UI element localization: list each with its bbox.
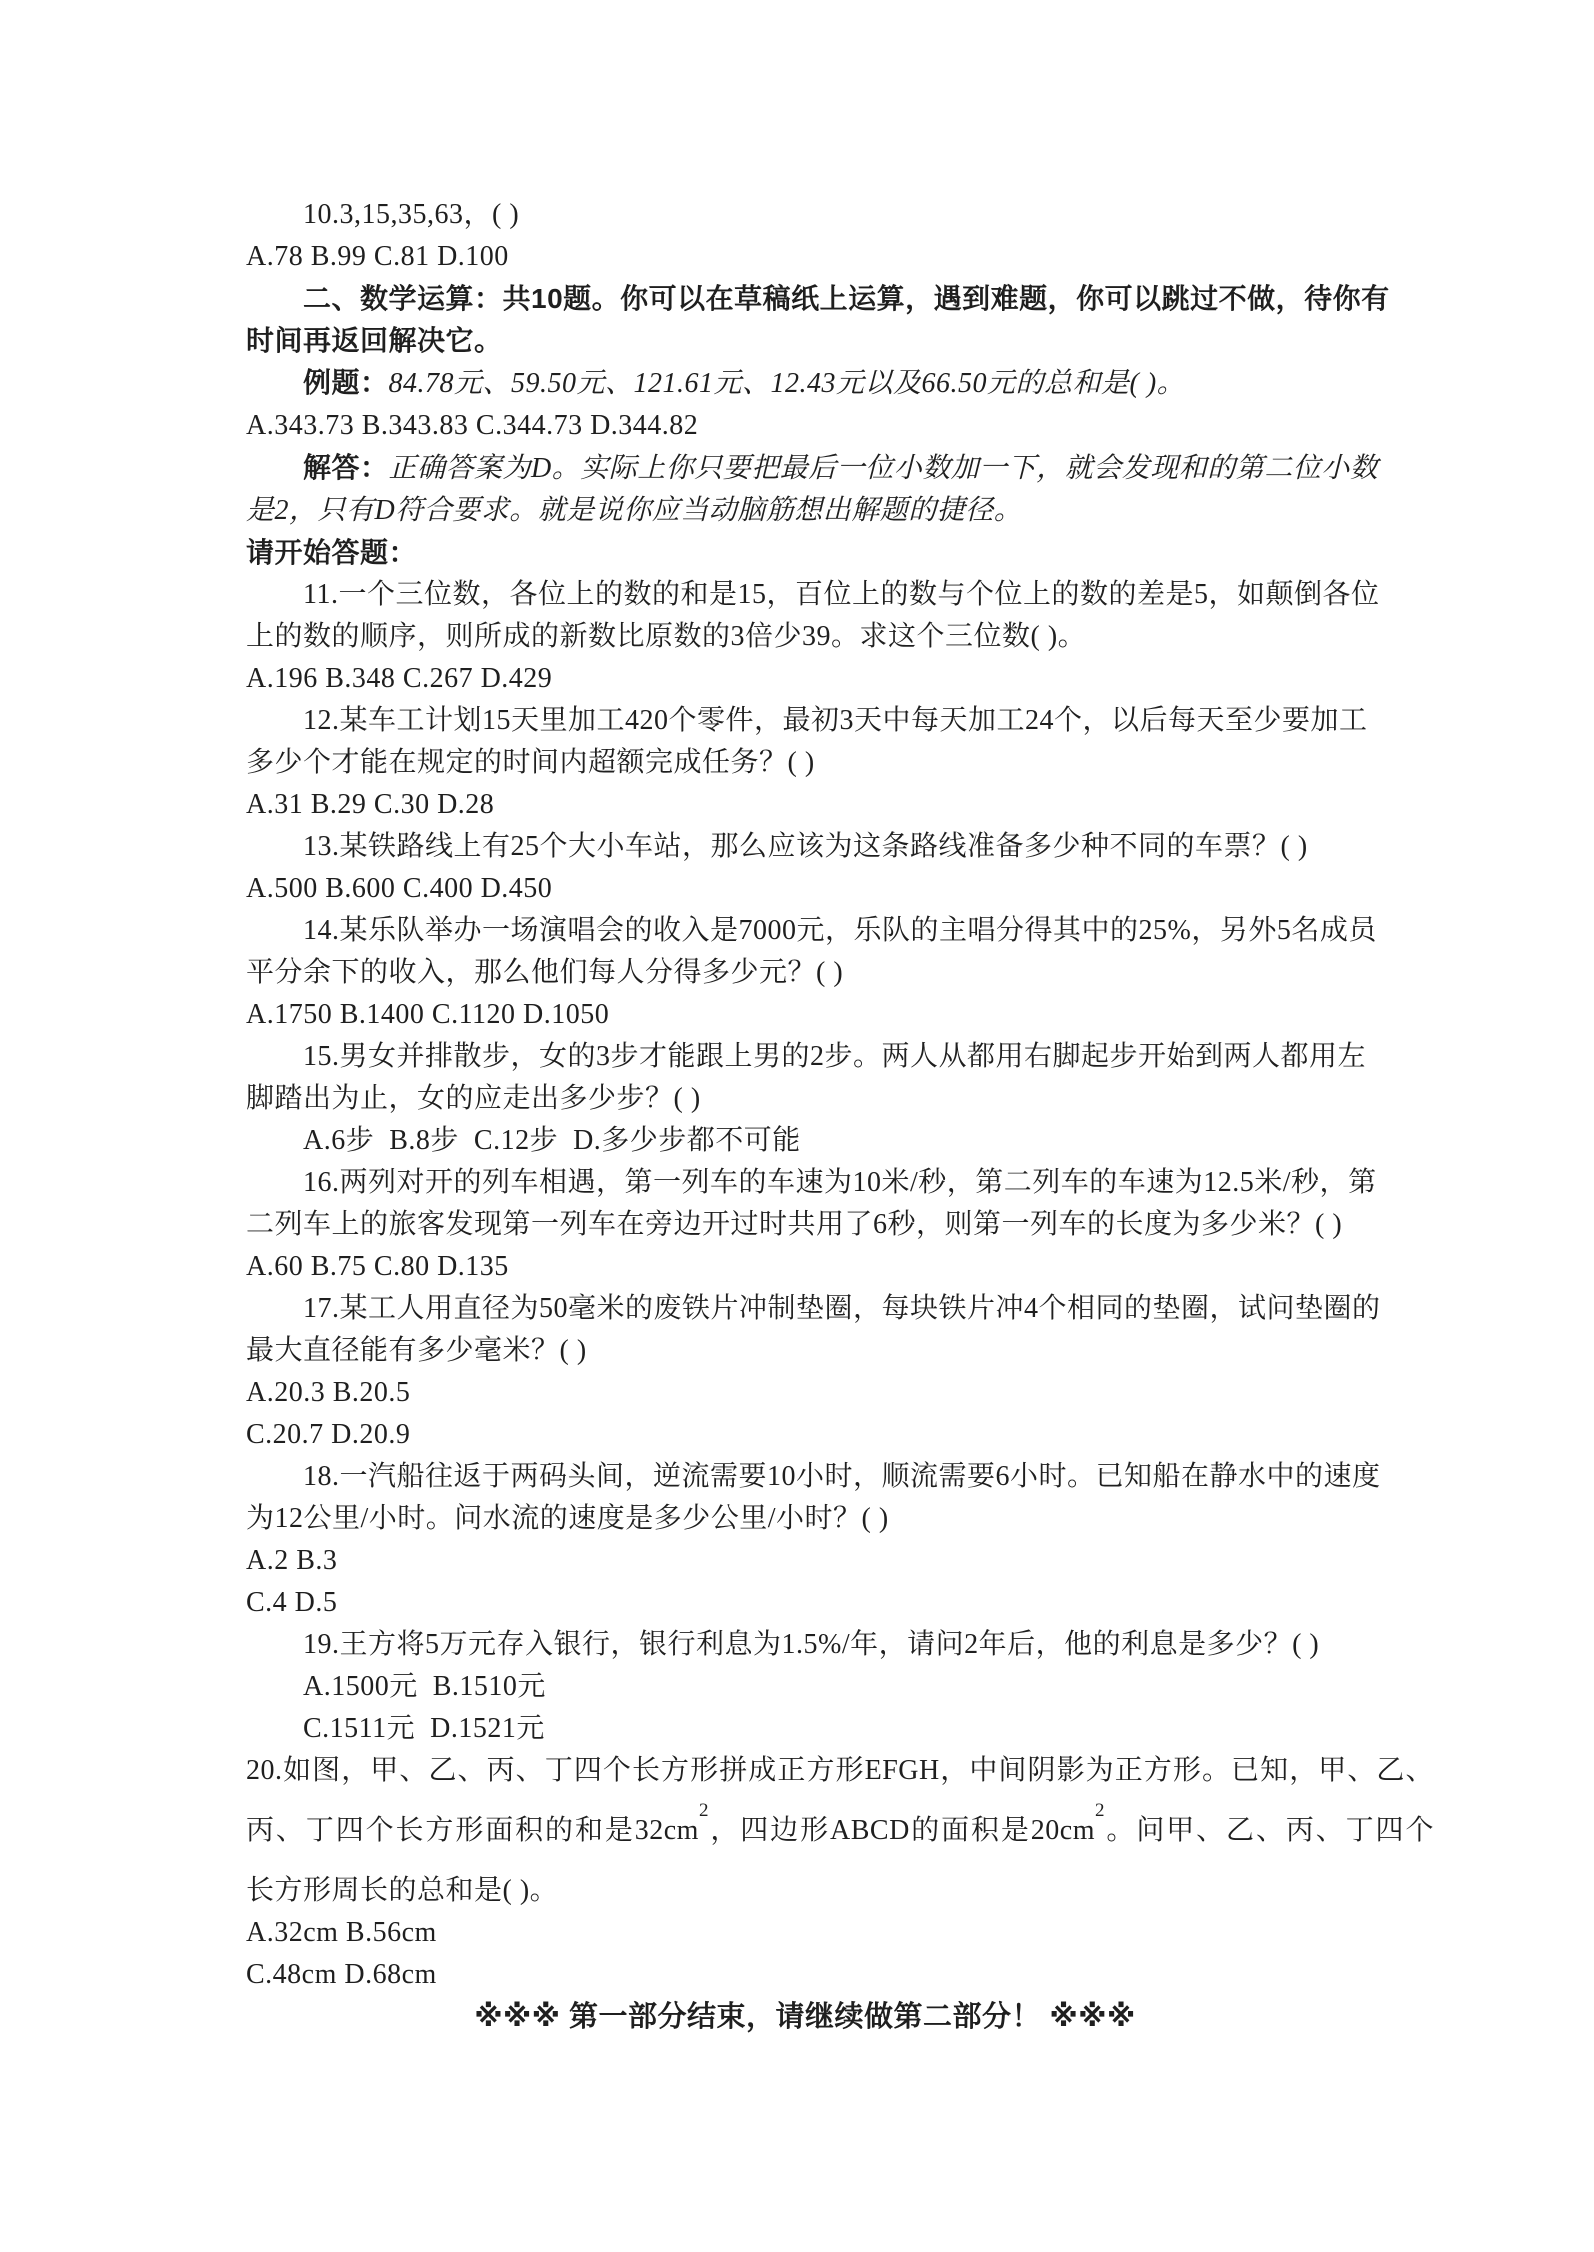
text-segment: 13.某铁路线上有25个大小车站，那么应该为这条路线准备多少种不同的车票？( ) [303, 831, 1308, 862]
question-17-options-cd: C.20.7 D.20.9 [246, 1414, 1434, 1456]
text-segment: 84.78元、59.50元、121.61元、12.43元以及66.50元的总和是… [389, 368, 1186, 399]
question-11-line-2: 上的数的顺序，则所成的新数比原数的3倍少39。求这个三位数( )。 [246, 616, 1434, 658]
question-17-line-2: 最大直径能有多少毫米？( ) [246, 1330, 1434, 1372]
question-19-body: 19.王方将5万元存入银行，银行利息为1.5%/年，请问2年后，他的利息是多少？… [246, 1624, 1434, 1666]
text-segment: 12.某车工计划15天里加工420个零件，最初3天中每天加工24个，以后每天至少… [303, 705, 1368, 736]
text-segment: A.500 B.600 C.400 D.450 [246, 873, 552, 904]
text-segment: 15.男女并排散步，女的3步才能跟上男的2步。两人从都用右脚起步开始到两人都用左 [303, 1041, 1366, 1072]
text-segment: 请开始答题： [246, 537, 417, 568]
question-13-options: A.500 B.600 C.400 D.450 [246, 868, 1434, 910]
example-label: 例题： [303, 367, 389, 398]
text-segment: A.6步 B.8步 C.12步 D.多少步都不可能 [303, 1125, 801, 1156]
question-12-options: A.31 B.29 C.30 D.28 [246, 784, 1434, 826]
text-segment: A.1500元 B.1510元 [303, 1671, 546, 1702]
question-14-line-2: 平分余下的收入，那么他们每人分得多少元？( ) [246, 952, 1434, 994]
question-16-options: A.60 B.75 C.80 D.135 [246, 1246, 1434, 1288]
text-segment: 16.两列对开的列车相遇，第一列车的车速为10米/秒，第二列车的车速为12.5米… [303, 1167, 1377, 1198]
text-segment: ，四边形ABCD的面积是20cm [709, 1815, 1095, 1846]
question-12-line-2: 多少个才能在规定的时间内超额完成任务？( ) [246, 742, 1434, 784]
text-segment: A.31 B.29 C.30 D.28 [246, 789, 494, 820]
text-segment: A.196 B.348 C.267 D.429 [246, 663, 552, 694]
section-2-heading-line-1: 二、数学运算：共10题。你可以在草稿纸上运算，遇到难题，你可以跳过不做，待你有 [246, 278, 1434, 320]
text-segment: A.343.73 B.343.83 C.344.73 D.344.82 [246, 410, 698, 441]
text-segment: A.60 B.75 C.80 D.135 [246, 1251, 509, 1282]
text-segment: C.4 D.5 [246, 1587, 337, 1618]
question-10-body: 10.3,15,35,63，( ) [246, 194, 1434, 236]
question-20-line-1: 20.如图，甲、乙、丙、丁四个长方形拼成正方形EFGH，中间阴影为正方形。已知，… [246, 1750, 1434, 1792]
question-19-options-cd: C.1511元 D.1521元 [246, 1708, 1434, 1750]
question-20-line-2: 丙、丁四个长方形面积的和是32cm2，四边形ABCD的面积是20cm2。问甲、乙… [246, 1810, 1434, 1852]
question-18-options-cd: C.4 D.5 [246, 1582, 1434, 1624]
question-14-line-1: 14.某乐队举办一场演唱会的收入是7000元，乐队的主唱分得其中的25%，另外5… [246, 910, 1434, 952]
question-19-options-ab: A.1500元 B.1510元 [246, 1666, 1434, 1708]
part-end-notice: ※※※ 第一部分结束，请继续做第二部分！ ※※※ [211, 1996, 1399, 2038]
question-17-line-1: 17.某工人用直径为50毫米的废铁片冲制垫圈，每块铁片冲4个相同的垫圈，试问垫圈… [246, 1288, 1434, 1330]
text-segment: 长方形周长的总和是( )。 [246, 1875, 558, 1906]
example-answer-line-1: 解答：正确答案为D。实际上你只要把最后一位小数加一下，就会发现和的第二位小数 [246, 447, 1434, 490]
section-2-heading-line-2: 时间再返回解决它。 [246, 320, 1434, 362]
text-segment: A.2 B.3 [246, 1545, 337, 1576]
text-segment: 11.一个三位数，各位上的数的和是15，百位上的数与个位上的数的差是5，如颠倒各… [303, 579, 1379, 610]
question-18-line-1: 18.一汽船往返于两码头间，逆流需要10小时，顺流需要6小时。已知船在静水中的速… [246, 1456, 1434, 1498]
question-15-options: A.6步 B.8步 C.12步 D.多少步都不可能 [246, 1120, 1434, 1162]
text-segment: A.20.3 B.20.5 [246, 1377, 410, 1408]
text-segment: C.48cm D.68cm [246, 1959, 437, 1990]
superscript-2: 2 [1095, 1800, 1105, 1821]
text-segment: 二、数学运算：共10题。你可以在草稿纸上运算，遇到难题，你可以跳过不做，待你有 [303, 283, 1390, 314]
text-segment: 多少个才能在规定的时间内超额完成任务？( ) [246, 747, 815, 778]
question-20-options-ab: A.32cm B.56cm [246, 1912, 1434, 1954]
text-segment: 。问甲、乙、丙、丁四个 [1105, 1815, 1434, 1846]
text-segment: 正确答案为D。实际上你只要把最后一位小数加一下，就会发现和的第二位小数 [389, 453, 1379, 484]
text-segment: C.20.7 D.20.9 [246, 1419, 410, 1450]
question-17-options-ab: A.20.3 B.20.5 [246, 1372, 1434, 1414]
example-question: 例题：84.78元、59.50元、121.61元、12.43元以及66.50元的… [246, 362, 1434, 405]
question-10-options: A.78 B.99 C.81 D.100 [246, 236, 1434, 278]
text-segment: 20.如图，甲、乙、丙、丁四个长方形拼成正方形EFGH，中间阴影为正方形。已知，… [246, 1755, 1434, 1786]
text-segment: 上的数的顺序，则所成的新数比原数的3倍少39。求这个三位数( )。 [246, 621, 1086, 652]
document-page: 10.3,15,35,63，( )A.78 B.99 C.81 D.100二、数… [0, 0, 1594, 2252]
question-18-options-ab: A.2 B.3 [246, 1540, 1434, 1582]
text-segment: 丙、丁四个长方形面积的和是32cm [246, 1815, 699, 1846]
question-20-line-3: 长方形周长的总和是( )。 [246, 1870, 1434, 1912]
text-segment: C.1511元 D.1521元 [303, 1713, 545, 1744]
text-segment: 是2，只有D符合要求。就是说你应当动脑筋想出解题的捷径。 [246, 495, 1022, 526]
question-15-line-2: 脚踏出为止，女的应走出多少步？( ) [246, 1078, 1434, 1120]
text-segment: 最大直径能有多少毫米？( ) [246, 1335, 587, 1366]
answer-label: 解答： [303, 452, 389, 483]
text-segment: 14.某乐队举办一场演唱会的收入是7000元，乐队的主唱分得其中的25%，另外5… [303, 915, 1377, 946]
text-segment: 平分余下的收入，那么他们每人分得多少元？( ) [246, 957, 843, 988]
example-options: A.343.73 B.343.83 C.344.73 D.344.82 [246, 405, 1434, 447]
text-segment: 二列车上的旅客发现第一列车在旁边开过时共用了6秒，则第一列车的长度为多少米？( … [246, 1209, 1342, 1240]
question-14-options: A.1750 B.1400 C.1120 D.1050 [246, 994, 1434, 1036]
question-16-line-1: 16.两列对开的列车相遇，第一列车的车速为10米/秒，第二列车的车速为12.5米… [246, 1162, 1434, 1204]
question-12-line-1: 12.某车工计划15天里加工420个零件，最初3天中每天加工24个，以后每天至少… [246, 700, 1434, 742]
text-segment: 19.王方将5万元存入银行，银行利息为1.5%/年，请问2年后，他的利息是多少？… [303, 1629, 1319, 1660]
text-segment: A.1750 B.1400 C.1120 D.1050 [246, 999, 609, 1030]
text-segment: 脚踏出为止，女的应走出多少步？( ) [246, 1083, 701, 1114]
begin-answering-prompt: 请开始答题： [246, 532, 1434, 574]
question-20-options-cd: C.48cm D.68cm [246, 1954, 1434, 1996]
text-segment: A.32cm B.56cm [246, 1917, 437, 1948]
text-segment: 17.某工人用直径为50毫米的废铁片冲制垫圈，每块铁片冲4个相同的垫圈，试问垫圈… [303, 1293, 1381, 1324]
text-segment: 10.3,15,35,63，( ) [303, 199, 519, 230]
text-segment: 时间再返回解决它。 [246, 325, 503, 356]
text-segment: 18.一汽船往返于两码头间，逆流需要10小时，顺流需要6小时。已知船在静水中的速… [303, 1461, 1381, 1492]
question-13-body: 13.某铁路线上有25个大小车站，那么应该为这条路线准备多少种不同的车票？( ) [246, 826, 1434, 868]
question-11-line-1: 11.一个三位数，各位上的数的和是15，百位上的数与个位上的数的差是5，如颠倒各… [246, 574, 1434, 616]
text-segment: ※※※ 第一部分结束，请继续做第二部分！ ※※※ [474, 2001, 1135, 2033]
superscript-2: 2 [699, 1800, 709, 1821]
question-16-line-2: 二列车上的旅客发现第一列车在旁边开过时共用了6秒，则第一列车的长度为多少米？( … [246, 1204, 1434, 1246]
question-18-line-2: 为12公里/小时。问水流的速度是多少公里/小时？( ) [246, 1498, 1434, 1540]
text-segment: 为12公里/小时。问水流的速度是多少公里/小时？( ) [246, 1503, 889, 1534]
question-11-options: A.196 B.348 C.267 D.429 [246, 658, 1434, 700]
question-15-line-1: 15.男女并排散步，女的3步才能跟上男的2步。两人从都用右脚起步开始到两人都用左 [246, 1036, 1434, 1078]
example-answer-line-2: 是2，只有D符合要求。就是说你应当动脑筋想出解题的捷径。 [246, 490, 1434, 532]
text-segment: A.78 B.99 C.81 D.100 [246, 241, 509, 272]
